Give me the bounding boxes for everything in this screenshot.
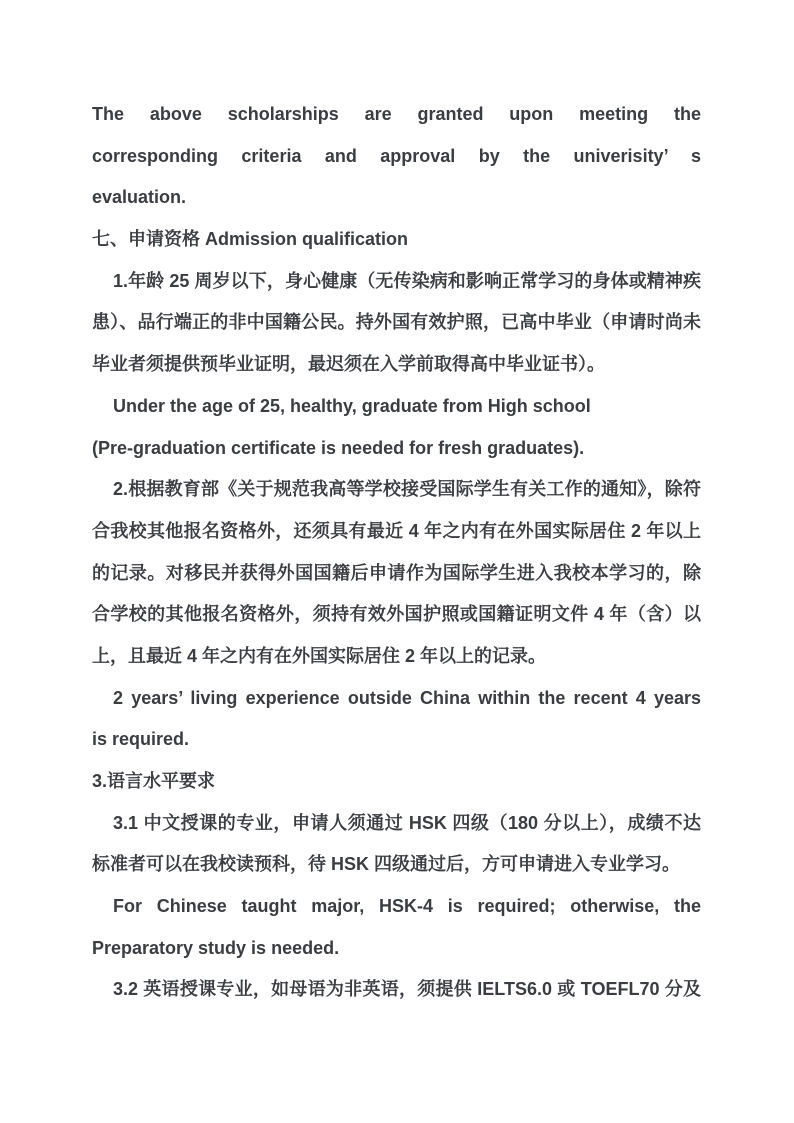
document-page: The above scholarships are granted upon … bbox=[0, 0, 794, 1123]
text-line: 合我校其他报名资格外，还须具有最近 4 年之内有在外国实际居住 2 年以上 bbox=[92, 511, 701, 553]
item2-en: 2 years’ living experience outside China… bbox=[92, 678, 701, 761]
text-line: 的记录。对移民并获得外国国籍后申请作为国际学生进入我校本学习的，除符 bbox=[92, 553, 701, 595]
text-line: 1.年龄 25 周岁以下，身心健康（无传染病和影响正常学习的身体或精神疾 bbox=[92, 261, 701, 303]
text-line: Preparatory study is needed. bbox=[92, 928, 701, 970]
item3-2-cn: 3.2 英语授课专业，如母语为非英语，须提供 IELTS6.0 或 TOEFL7… bbox=[92, 969, 701, 1011]
text-line: 毕业者须提供预毕业证明，最迟须在入学前取得高中毕业证书）。 bbox=[92, 344, 701, 386]
subsection-heading: 3.语言水平要求 bbox=[92, 761, 701, 803]
text-line: corresponding criteria and approval by t… bbox=[92, 136, 701, 178]
item3-1-cn: 3.1 中文授课的专业，申请人须通过 HSK 四级（180 分以上），成绩不达 … bbox=[92, 803, 701, 886]
text-line: (Pre-graduation certificate is needed fo… bbox=[92, 428, 701, 470]
scholarship-note-en: The above scholarships are granted upon … bbox=[92, 94, 701, 219]
item3-1-en: For Chinese taught major, HSK-4 is requi… bbox=[92, 886, 701, 969]
heading-admission-qualification: 七、申请资格 Admission qualification bbox=[92, 219, 701, 261]
text-line: The above scholarships are granted upon … bbox=[92, 94, 701, 136]
text-line: 上，且最近 4 年之内有在外国实际居住 2 年以上的记录。 bbox=[92, 636, 701, 678]
text-line: is required. bbox=[92, 719, 701, 761]
text-line: 3.1 中文授课的专业，申请人须通过 HSK 四级（180 分以上），成绩不达 bbox=[92, 803, 701, 845]
heading-language-requirement: 3.语言水平要求 bbox=[92, 761, 701, 803]
text-line: 标准者可以在我校读预科，待 HSK 四级通过后，方可申请进入专业学习。 bbox=[92, 844, 701, 886]
text-line: 患）、品行端正的非中国籍公民。持外国有效护照，已高中毕业（申请时尚未 bbox=[92, 302, 701, 344]
item2-cn: 2.根据教育部《关于规范我高等学校接受国际学生有关工作的通知》，除符 合我校其他… bbox=[92, 469, 701, 677]
text-line: 2.根据教育部《关于规范我高等学校接受国际学生有关工作的通知》，除符 bbox=[92, 469, 701, 511]
text-line: evaluation. bbox=[92, 177, 701, 219]
text-line: Under the age of 25, healthy, graduate f… bbox=[92, 386, 701, 428]
item1-cn: 1.年龄 25 周岁以下，身心健康（无传染病和影响正常学习的身体或精神疾 患）、… bbox=[92, 261, 701, 386]
text-line: 合学校的其他报名资格外，须持有效外国护照或国籍证明文件 4 年（含）以 bbox=[92, 594, 701, 636]
item1-en: Under the age of 25, healthy, graduate f… bbox=[92, 386, 701, 469]
text-line: 3.2 英语授课专业，如母语为非英语，须提供 IELTS6.0 或 TOEFL7… bbox=[92, 969, 701, 1011]
text-line: 2 years’ living experience outside China… bbox=[92, 678, 701, 720]
section-heading: 七、申请资格 Admission qualification bbox=[92, 219, 701, 261]
text-line: For Chinese taught major, HSK-4 is requi… bbox=[92, 886, 701, 928]
